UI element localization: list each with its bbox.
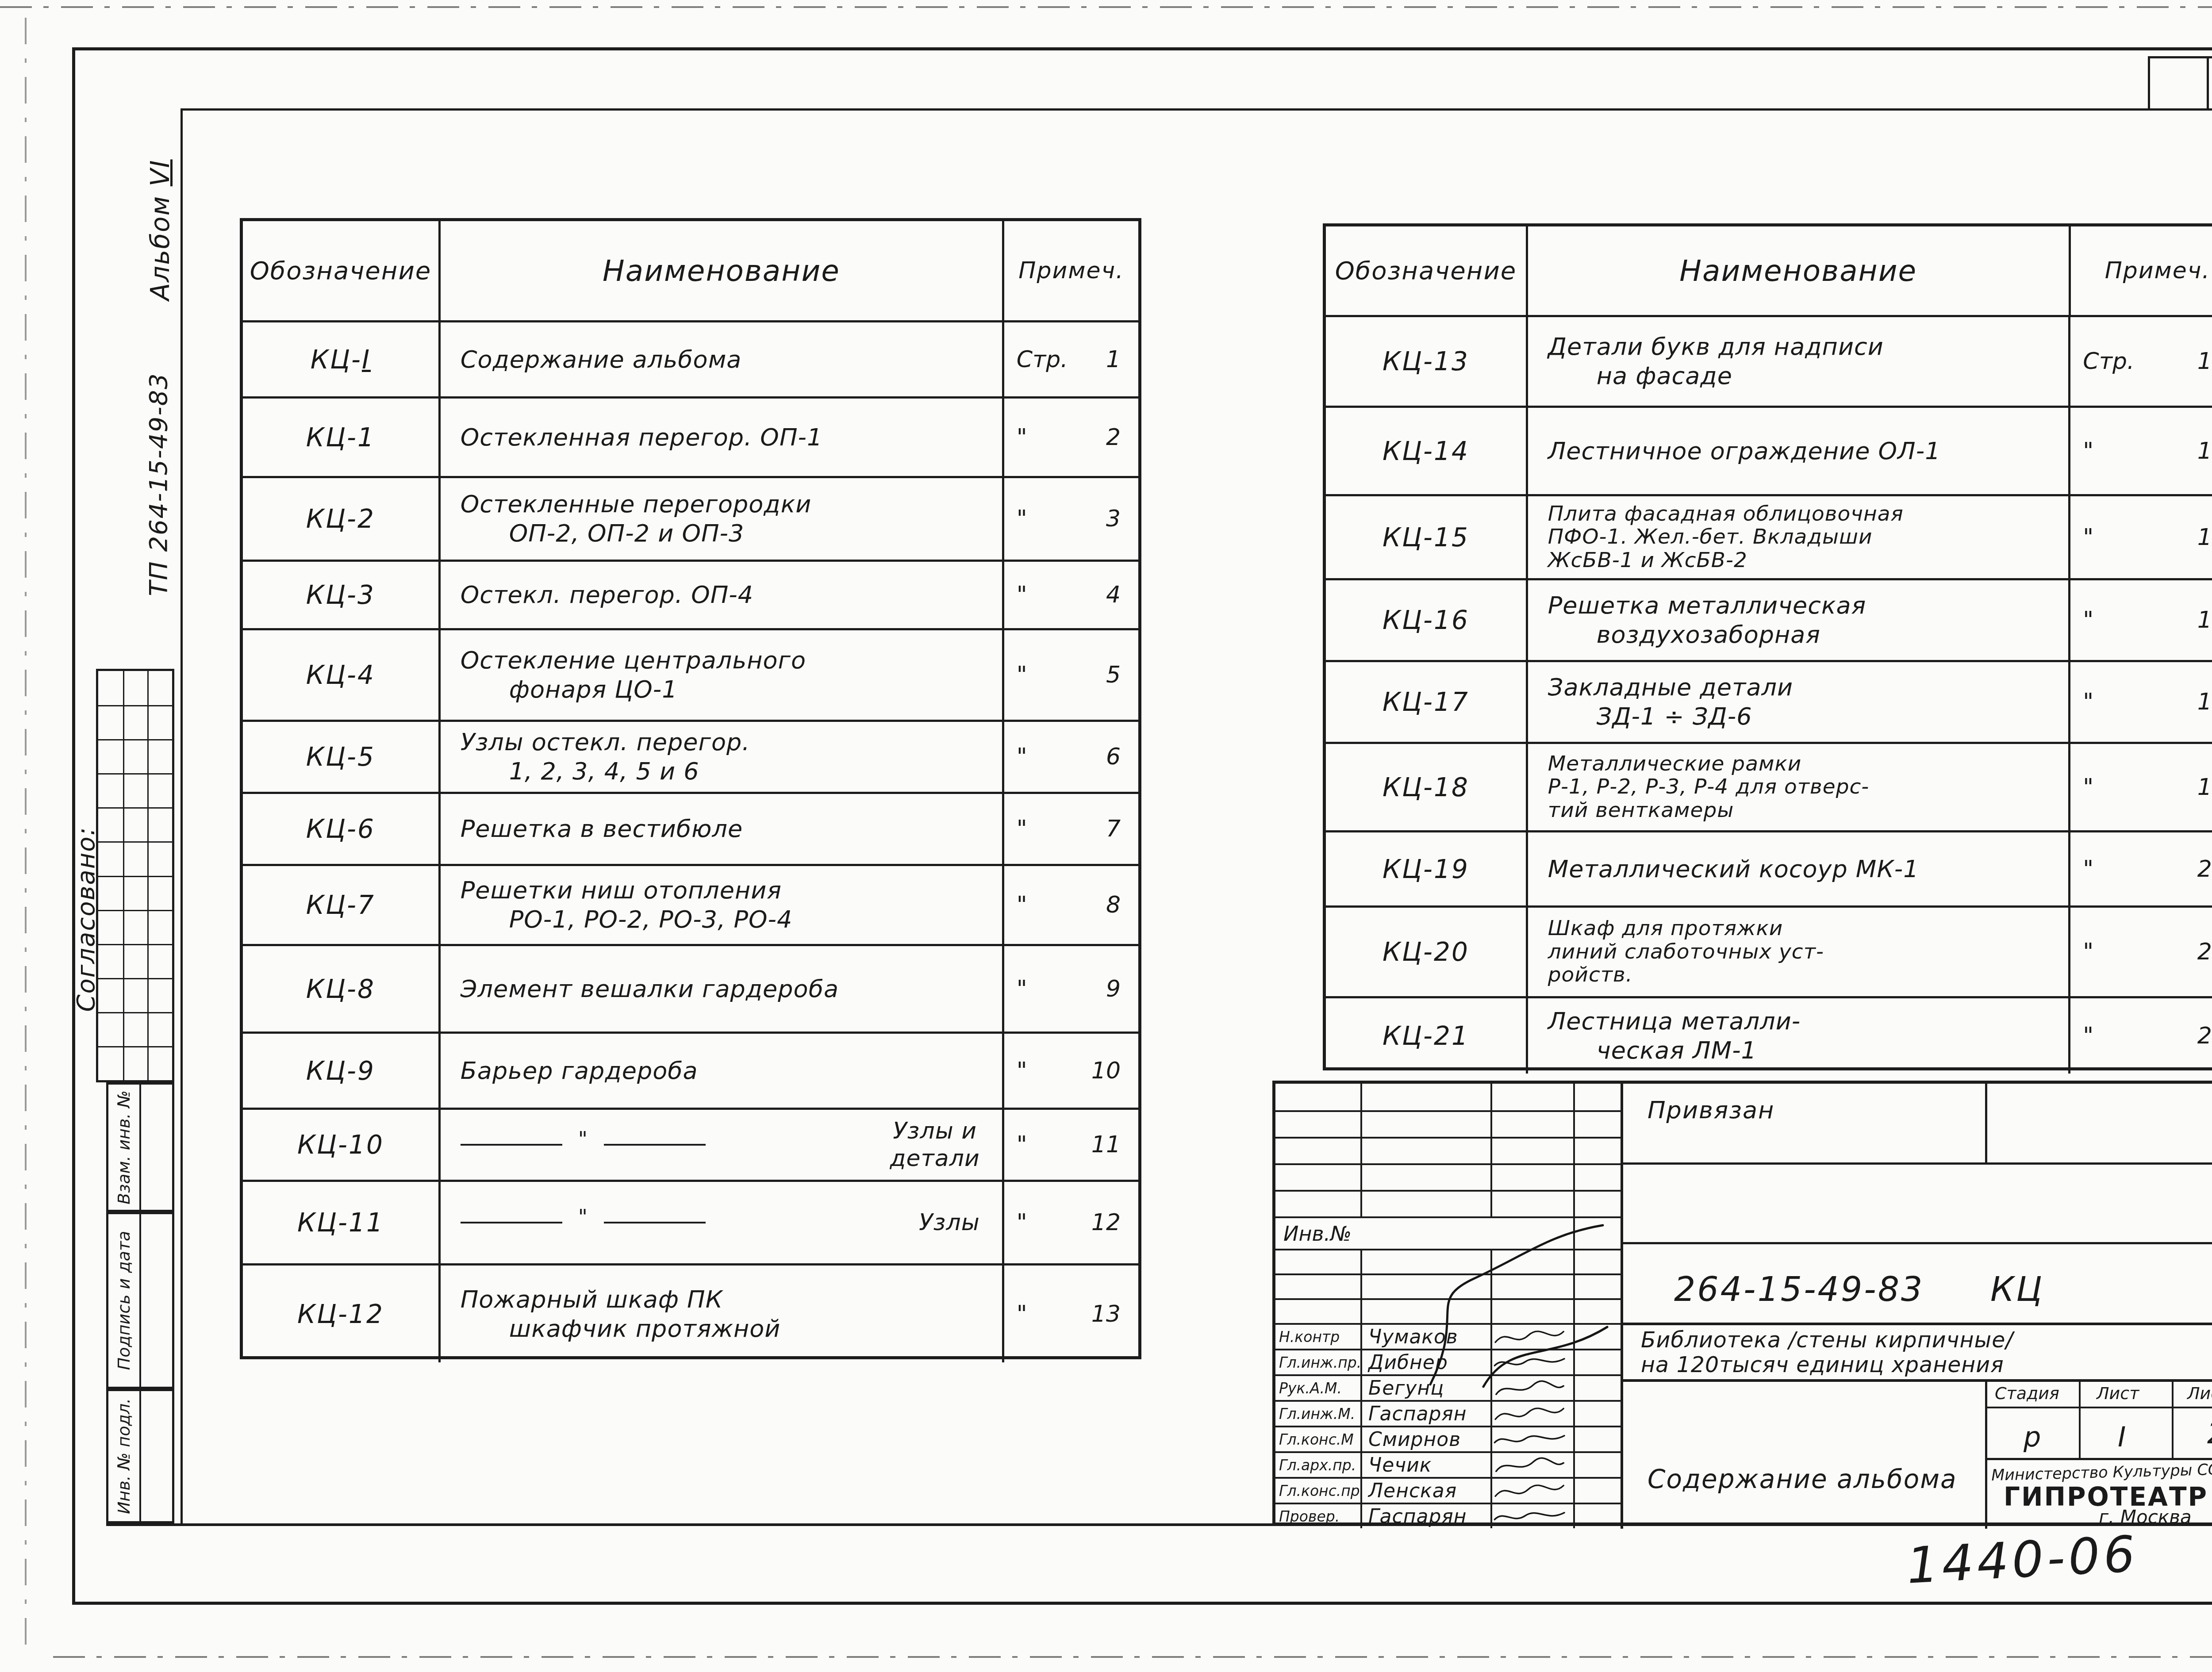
designation-cell: КЦ-18 <box>1326 744 1526 830</box>
frame-attribute-box: Подпись и дата <box>106 1212 174 1389</box>
frame-attribute-box: Взам. инв. № <box>106 1082 174 1212</box>
table-row: КЦ-10"Узлы идетали"11 <box>243 1108 1138 1180</box>
stamp-cell <box>1490 1298 1573 1323</box>
name-cell: Плита фасадная облицовочнаяПФО-1. Жел.-б… <box>1526 496 2069 578</box>
inner-frame-left <box>180 108 183 1523</box>
note-cell: "18 <box>2068 662 2212 742</box>
approval-grid-cell <box>147 705 172 739</box>
note-cell: "17 <box>2068 580 2212 660</box>
signature-mark <box>1490 1400 1573 1426</box>
stamp-cell <box>1360 1249 1490 1273</box>
org-city: г. Москва <box>2099 1506 2192 1528</box>
signature-mark <box>1490 1323 1573 1349</box>
approval-grid-cell <box>98 841 123 875</box>
stamp-cell <box>1490 1137 1573 1163</box>
table-header-row: Обозначение Наименование Примеч. <box>1326 226 2212 315</box>
name-cell: Шкаф для протяжкилиний слаботочных уст-р… <box>1526 908 2069 996</box>
stamp-cell <box>1275 1084 1360 1110</box>
stamp-cell <box>1490 1163 1573 1190</box>
frame-attribute-box: Инв. № подл. <box>106 1389 174 1523</box>
name-cell: Детали букв для надписина фасаде <box>1526 317 2069 406</box>
designation-cell: КЦ-8 <box>243 946 438 1032</box>
table-row: КЦ-12Пожарный шкаф ПКшкафчик протяжной"1… <box>243 1263 1138 1362</box>
table-row: КЦ-4Остекление центральногофонаря ЦО-1"5 <box>243 628 1138 720</box>
stamp-cell <box>1490 1190 1573 1216</box>
stamp-cell <box>1275 1137 1360 1163</box>
name-cell: "Узлы идетали <box>438 1110 1002 1180</box>
frame-attribute-empty-cell <box>139 1391 172 1521</box>
note-cell: Стр.1 <box>1002 322 1138 396</box>
stamp-cell <box>1360 1298 1490 1323</box>
name-cell: Остекление центральногофонаря ЦО-1 <box>438 630 1002 720</box>
approval-grid-cell <box>123 841 148 875</box>
approval-grid-cell <box>123 807 148 841</box>
approval-grid-cell <box>98 705 123 739</box>
approval-grid-cell <box>147 1046 172 1080</box>
title-block: Инв.№Н.контрЧумаковГл.инж.пр.ДибнерРук.А… <box>1272 1081 2212 1526</box>
stamp-cell <box>1573 1451 1621 1477</box>
approval-grid-cell <box>123 978 148 1012</box>
name-cell: Лестница металли-ческая ЛМ-1 <box>1526 998 2069 1074</box>
signer-name: Бегунц <box>1360 1374 1490 1400</box>
name-cell: Решетка металлическаявоздухозаборная <box>1526 580 2069 660</box>
scan-edge-bottom <box>53 1656 2212 1658</box>
stamp-cell <box>1490 1110 1573 1137</box>
name-cell: Содержание альбома <box>438 322 1002 396</box>
table-row: КЦ-5Узлы остекл. перегор.1, 2, 3, 4, 5 и… <box>243 720 1138 792</box>
sheet-title: Содержание альбома <box>1647 1464 1957 1494</box>
approval-grid-cell <box>147 841 172 875</box>
table-row: КЦ-6Решетка в вестибюле"7 <box>243 792 1138 864</box>
designation-cell: КЦ-11 <box>243 1182 438 1263</box>
stamp-cell <box>1360 1273 1490 1298</box>
stamp-cell <box>1490 1273 1573 1298</box>
sheet-value: I <box>2118 1421 2126 1453</box>
ditto-mark: "Узлы <box>461 1209 1002 1236</box>
stamp-cell <box>1573 1426 1621 1451</box>
designation-cell: КЦ-9 <box>243 1034 438 1108</box>
stamp-cell <box>1275 1110 1360 1137</box>
stamp-cell <box>1573 1349 1621 1374</box>
note-cell: "19 <box>2068 744 2212 830</box>
stamp-cell <box>1573 1190 1621 1216</box>
approval-grid-cell <box>98 876 123 910</box>
note-cell: "3 <box>1002 478 1138 560</box>
object-name: Библиотека /стены кирпичные/ на 120тысяч… <box>1641 1328 2013 1378</box>
note-cell: Стр.14 <box>2068 317 2212 406</box>
table-row: КЦ-1Остекленная перегор. ОП-1"2 <box>243 396 1138 476</box>
name-cell: Лестничное ограждение ОЛ-1 <box>1526 408 2069 494</box>
signer-name: Гаспарян <box>1360 1400 1490 1426</box>
designation-cell: КЦ-17 <box>1326 662 1526 742</box>
inner-frame-top <box>180 108 2212 111</box>
note-cell: "2 <box>1002 399 1138 476</box>
designation-cell: КЦ-1 <box>243 399 438 476</box>
stamp-cell <box>1275 1163 1360 1190</box>
stamp-cell <box>1573 1163 1621 1190</box>
header-designation: Обозначение <box>243 221 438 320</box>
note-cell: "7 <box>1002 794 1138 864</box>
sheets-value: 21 <box>2207 1418 2212 1450</box>
approval-grid-cell <box>123 773 148 807</box>
table-row: КЦ-20Шкаф для протяжкилиний слаботочных … <box>1326 905 2212 996</box>
note-cell: "9 <box>1002 946 1138 1032</box>
name-cell: Остекл. перегор. ОП-4 <box>438 562 1002 628</box>
stamp-cell <box>1573 1477 1621 1503</box>
inventory-number-label: Инв.№ <box>1275 1216 1573 1249</box>
approval-grid-cell <box>98 1046 123 1080</box>
name-cell: Барьер гардероба <box>438 1034 1002 1108</box>
approval-grid-cell <box>123 876 148 910</box>
stamp-cell <box>1573 1249 1621 1273</box>
scanned-drawing-sheet: 1 Альбом VI ТП 264-15-49-83 Согласовано:… <box>0 0 2212 1672</box>
stamp-info-section: Привязан 264-15-49-83 КЦ Библиотека /сте… <box>1623 1084 2212 1529</box>
designation-cell: КЦ-12 <box>243 1266 438 1362</box>
note-cell: "22 <box>2068 998 2212 1074</box>
name-cell: Элемент вешалки гардероба <box>438 946 1002 1032</box>
approval-grid-cell <box>123 944 148 978</box>
designation-cell: КЦ-6 <box>243 794 438 864</box>
signature-mark <box>1490 1477 1573 1503</box>
note-cell: "15 <box>2068 408 2212 494</box>
designation-cell: КЦ-21 <box>1326 998 1526 1074</box>
header-name: Наименование <box>438 221 1002 320</box>
table-row: КЦ-14Лестничное ограждение ОЛ-1"15 <box>1326 406 2212 494</box>
stamp-cell <box>1573 1273 1621 1298</box>
note-cell: "13 <box>1002 1266 1138 1362</box>
approval-grid-cell <box>147 978 172 1012</box>
stage-label: Стадия <box>1995 1384 2059 1403</box>
approval-grid-cell <box>98 807 123 841</box>
stamp-cell <box>1360 1110 1490 1137</box>
signature-mark <box>1490 1374 1573 1400</box>
signer-role: Рук.А.М. <box>1275 1374 1360 1400</box>
designation-cell: КЦ-16 <box>1326 580 1526 660</box>
table-row: КЦ-9Барьер гардероба"10 <box>243 1032 1138 1108</box>
approval-grid-cell <box>123 1012 148 1046</box>
name-cell: Закладные деталиЗД-1 ÷ ЗД-6 <box>1526 662 2069 742</box>
contents-table-left: Обозначение Наименование Примеч. КЦ-IСод… <box>240 218 1141 1359</box>
table-row: КЦ-15Плита фасадная облицовочнаяПФО-1. Ж… <box>1326 494 2212 578</box>
table-row: КЦ-3Остекл. перегор. ОП-4"4 <box>243 560 1138 628</box>
approval-grid-cell <box>147 773 172 807</box>
sheet-number-empty-cell <box>2150 58 2209 108</box>
designation-cell: КЦ-4 <box>243 630 438 720</box>
approval-grid-cell <box>147 910 172 944</box>
stamp-cell <box>1360 1137 1490 1163</box>
approval-grid-cell <box>147 671 172 705</box>
signer-name: Смирнов <box>1360 1426 1490 1451</box>
note-cell: "12 <box>1002 1182 1138 1263</box>
signer-role: Гл.инж.пр. <box>1275 1349 1360 1374</box>
approval-grid-cell <box>147 944 172 978</box>
note-cell: "5 <box>1002 630 1138 720</box>
name-cell: "Узлы <box>438 1182 1002 1263</box>
note-cell: "8 <box>1002 866 1138 944</box>
note-cell: "21 <box>2068 908 2212 996</box>
stamp-cell <box>1275 1249 1360 1273</box>
stamp-cell <box>1573 1503 1621 1528</box>
stamp-cell <box>1275 1298 1360 1323</box>
sheets-label: Листов <box>2187 1384 2212 1403</box>
table-row: КЦ-13Детали букв для надписина фасадеСтр… <box>1326 315 2212 406</box>
header-name: Наименование <box>1526 226 2069 315</box>
table-row: КЦ-8Элемент вешалки гардероба"9 <box>243 944 1138 1032</box>
stamp-cell <box>1573 1374 1621 1400</box>
stamp-cell <box>1573 1137 1621 1163</box>
signer-name: Дибнер <box>1360 1349 1490 1374</box>
approval-grid-cell <box>123 705 148 739</box>
approval-grid-cell <box>147 739 172 773</box>
note-cell: "6 <box>1002 722 1138 792</box>
stamp-cell <box>1360 1190 1490 1216</box>
frame-attribute-label: Инв. № подл. <box>108 1391 139 1521</box>
sheet-label: Лист <box>2097 1384 2139 1403</box>
signer-role: Провер. <box>1275 1503 1360 1528</box>
table-row: КЦ-7Решетки ниш отопленияРО-1, РО-2, РО-… <box>243 864 1138 944</box>
designation-cell: КЦ-5 <box>243 722 438 792</box>
approval-grid-cell <box>123 910 148 944</box>
table-row: КЦ-IСодержание альбомаСтр.1 <box>243 320 1138 396</box>
header-note: Примеч. <box>1002 221 1138 320</box>
attached-note: Привязан <box>1647 1096 1774 1124</box>
approval-grid-cell <box>98 978 123 1012</box>
table-header-row: Обозначение Наименование Примеч. <box>243 221 1138 320</box>
stamp-signature-section: Инв.№Н.контрЧумаковГл.инж.пр.ДибнерРук.А… <box>1275 1084 1621 1529</box>
signer-name: Ленская <box>1360 1477 1490 1503</box>
approval-grid-cell <box>123 1046 148 1080</box>
signer-role: Гл.арх.пр. <box>1275 1451 1360 1477</box>
table-row: КЦ-17Закладные деталиЗД-1 ÷ ЗД-6"18 <box>1326 660 2212 742</box>
table-row: КЦ-11"Узлы"12 <box>243 1180 1138 1263</box>
scan-edge-left <box>25 18 27 1654</box>
name-cell: Решетки ниш отопленияРО-1, РО-2, РО-3, Р… <box>438 866 1002 944</box>
object-name-line1: Библиотека /стены кирпичные/ <box>1641 1328 2013 1353</box>
note-cell: "11 <box>1002 1110 1138 1180</box>
signer-name: Чумаков <box>1360 1323 1490 1349</box>
note-cell: "16 <box>2068 496 2212 578</box>
stamp-cell <box>1490 1084 1573 1110</box>
sheet-number-box: 1 <box>2148 56 2212 111</box>
stamp-cell <box>1573 1323 1621 1349</box>
contents-table-right: Обозначение Наименование Примеч. КЦ-13Де… <box>1323 223 2212 1070</box>
doc-number: 264-15-49-83 <box>1674 1269 1924 1309</box>
signature-mark <box>1490 1503 1573 1528</box>
designation-cell: КЦ-19 <box>1326 832 1526 905</box>
designation-cell: КЦ-7 <box>243 866 438 944</box>
doc-code: КЦ <box>1990 1269 2044 1309</box>
frame-attribute-label: Подпись и дата <box>108 1214 139 1387</box>
approval-grid-cell <box>123 739 148 773</box>
object-name-line2: на 120тысяч единиц хранения <box>1641 1353 2013 1377</box>
name-cell: Пожарный шкаф ПКшкафчик протяжной <box>438 1266 1002 1362</box>
header-note: Примеч. <box>2069 226 2212 315</box>
stamp-cell <box>1573 1110 1621 1137</box>
ditto-mark: "Узлы идетали <box>461 1117 1002 1173</box>
signature-mark <box>1490 1451 1573 1477</box>
table-row: КЦ-18Металлические рамкиР-1, Р-2, Р-3, Р… <box>1326 742 2212 830</box>
frame-attribute-label: Взам. инв. № <box>108 1085 139 1210</box>
frame-attribute-empty-cell <box>139 1214 172 1387</box>
stamp-cell <box>1573 1084 1621 1110</box>
approval-grid-cell <box>98 910 123 944</box>
signer-role: Гл.инж.М. <box>1275 1400 1360 1426</box>
album-roman: VI <box>145 159 175 186</box>
approval-grid-cell <box>123 671 148 705</box>
approval-grid-cell <box>147 1012 172 1046</box>
approval-grid-cell <box>98 944 123 978</box>
stamp-cell <box>1573 1216 1621 1249</box>
designation-cell: КЦ-3 <box>243 562 438 628</box>
scan-edge-top <box>0 6 2212 8</box>
stamp-cell <box>1360 1163 1490 1190</box>
designation-cell: КЦ-20 <box>1326 908 1526 996</box>
signature-mark <box>1490 1349 1573 1374</box>
signer-name: Гаспарян <box>1360 1503 1490 1528</box>
approval-grid-cell <box>147 876 172 910</box>
signer-role: Н.контр <box>1275 1323 1360 1349</box>
name-cell: Узлы остекл. перегор.1, 2, 3, 4, 5 и 6 <box>438 722 1002 792</box>
stamp-cell <box>1275 1190 1360 1216</box>
album-word: Альбом <box>145 196 175 301</box>
designation-cell: КЦ-2 <box>243 478 438 560</box>
table-row: КЦ-2Остекленные перегородкиОП-2, ОП-2 и … <box>243 476 1138 560</box>
note-cell: "20 <box>2068 832 2212 905</box>
signer-role: Гл.конс.М <box>1275 1426 1360 1451</box>
designation-cell: КЦ-13 <box>1326 317 1526 406</box>
signer-role: Гл.конс.пр <box>1275 1477 1360 1503</box>
approval-grid-cell <box>98 773 123 807</box>
designation-cell: КЦ-14 <box>1326 408 1526 494</box>
stage-value: р <box>2024 1421 2041 1453</box>
ministry: Министерство Культуры СССР <box>1991 1460 2212 1484</box>
table-row: КЦ-16Решетка металлическаявоздухозаборна… <box>1326 578 2212 660</box>
name-cell: Металлические рамкиР-1, Р-2, Р-3, Р-4 дл… <box>1526 744 2069 830</box>
signature-mark <box>1490 1426 1573 1451</box>
name-cell: Остекленная перегор. ОП-1 <box>438 399 1002 476</box>
approval-grid-cell <box>98 1012 123 1046</box>
note-cell: "4 <box>1002 562 1138 628</box>
stamp-cell <box>1275 1273 1360 1298</box>
note-cell: "10 <box>1002 1034 1138 1108</box>
name-cell: Остекленные перегородкиОП-2, ОП-2 и ОП-3 <box>438 478 1002 560</box>
signer-name: Чечик <box>1360 1451 1490 1477</box>
designation-cell: КЦ-I <box>243 322 438 396</box>
stamp-cell <box>1573 1400 1621 1426</box>
table-row: КЦ-19Металлический косоур МК-1"20 <box>1326 830 2212 905</box>
stamp-cell <box>1573 1298 1621 1323</box>
designation-cell: КЦ-15 <box>1326 496 1526 578</box>
stamp-cell <box>1490 1249 1573 1273</box>
frame-attribute-empty-cell <box>139 1085 172 1210</box>
name-cell: Металлический косоур МК-1 <box>1526 832 2069 905</box>
stamp-cell <box>1360 1084 1490 1110</box>
approval-grid-cell <box>98 739 123 773</box>
table-row: КЦ-21Лестница металли-ческая ЛМ-1"22 <box>1326 996 2212 1074</box>
designation-cell: КЦ-10 <box>243 1110 438 1180</box>
approval-grid <box>96 669 174 1082</box>
header-designation: Обозначение <box>1326 226 1526 315</box>
approval-grid-cell <box>147 807 172 841</box>
name-cell: Решетка в вестибюле <box>438 794 1002 864</box>
archive-code: 1440-06 <box>1905 1525 2140 1595</box>
approval-grid-cell <box>98 671 123 705</box>
